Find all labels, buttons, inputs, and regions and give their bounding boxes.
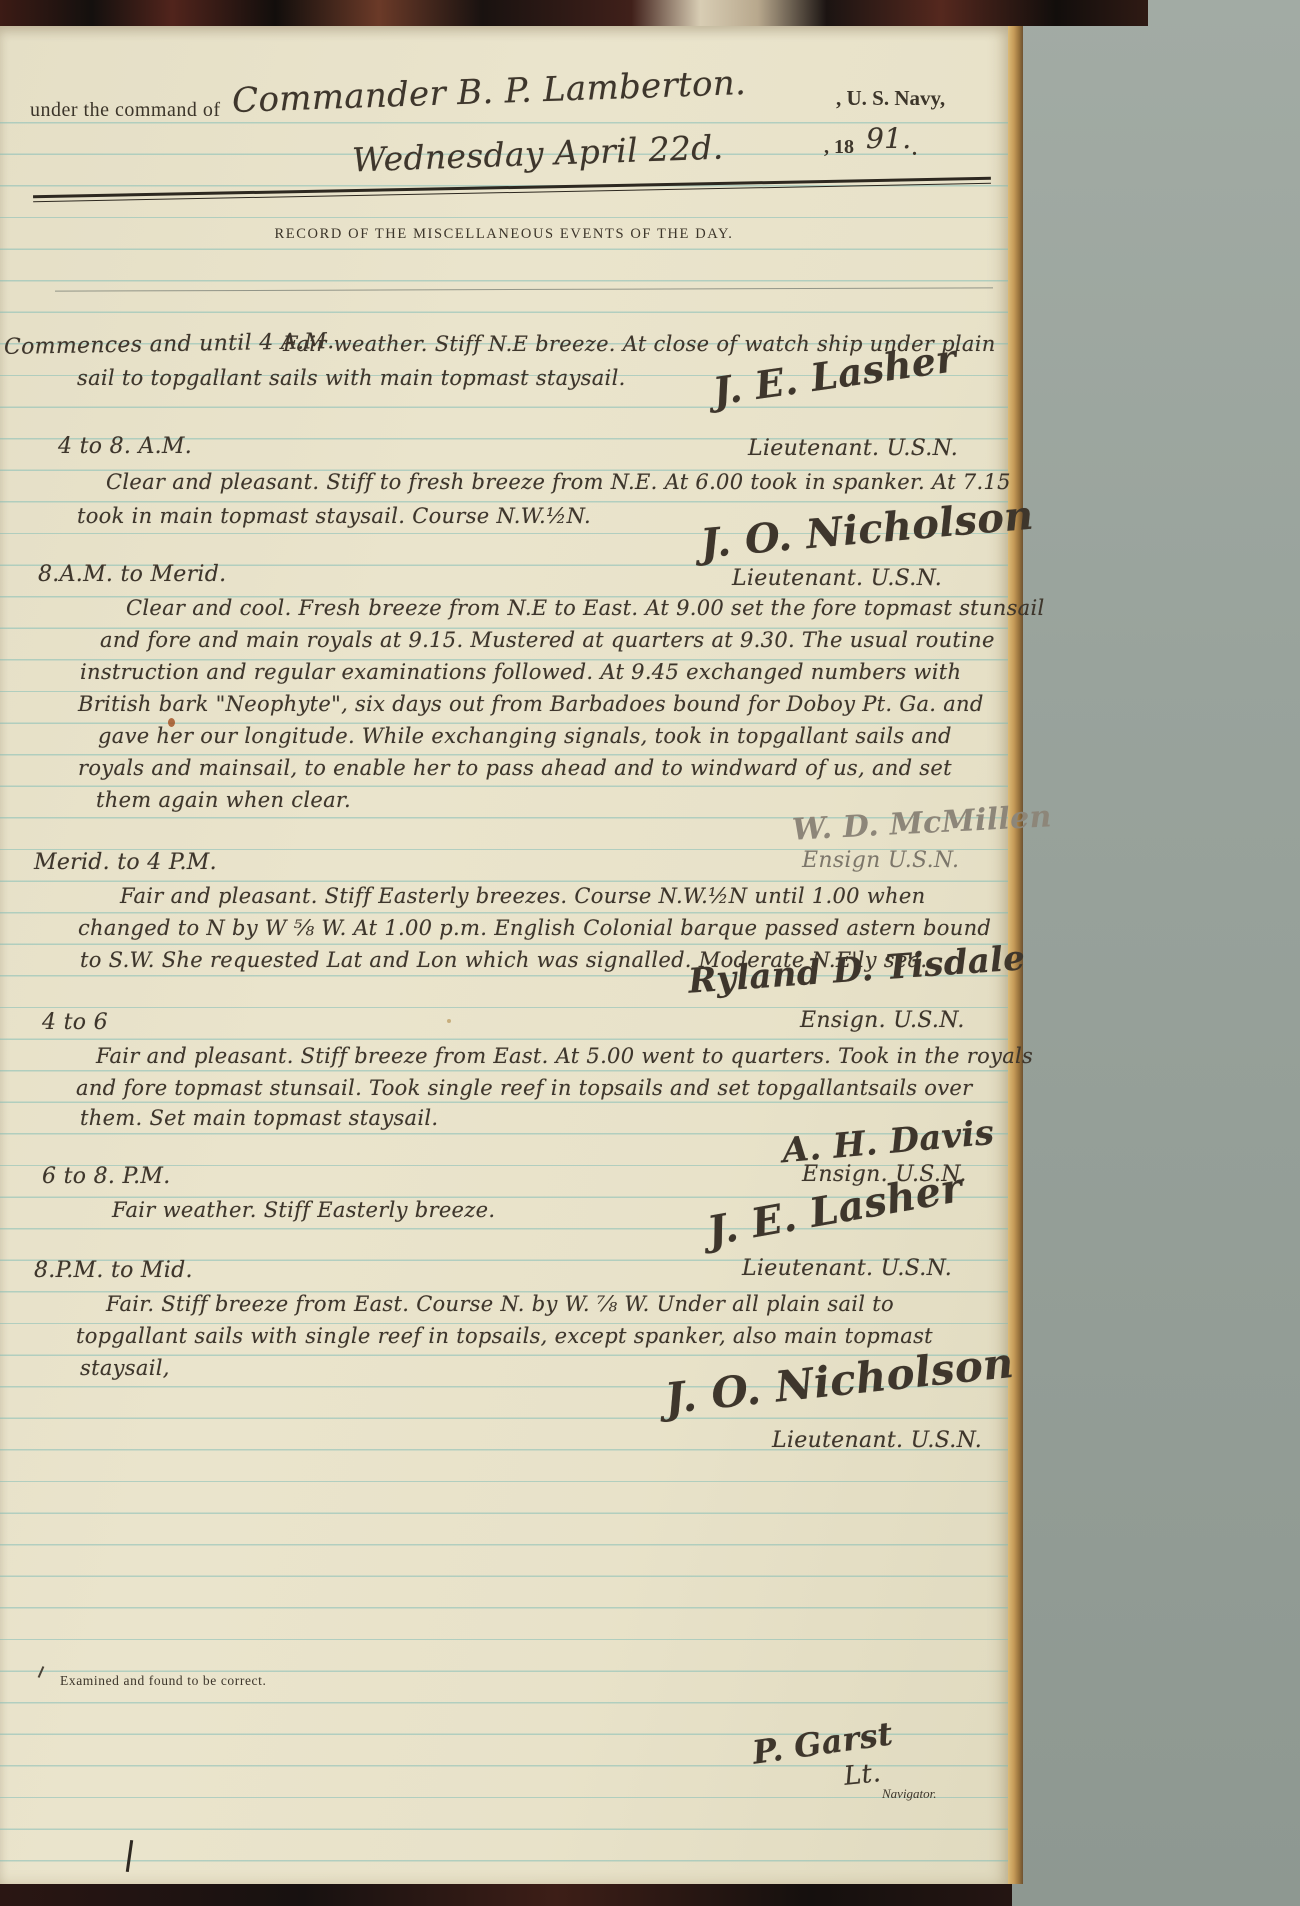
log-line: Clear and cool. Fresh breeze from N.E to… xyxy=(126,596,1045,620)
watch-time-label: 4 to 8. A.M. xyxy=(58,434,192,459)
log-line: them again when clear. xyxy=(96,788,351,812)
log-line: Fair weather. Stiff Easterly breeze. xyxy=(112,1198,495,1222)
watch-time-label: Merid. to 4 P.M. xyxy=(34,850,217,875)
log-line: them. Set main topmast staysail. xyxy=(80,1106,438,1130)
log-line: Fair and pleasant. Stiff Easterly breeze… xyxy=(120,884,925,908)
watch-time-label: 8.A.M. to Merid. xyxy=(38,562,226,587)
navy-label-printed: , U. S. Navy, xyxy=(836,86,945,111)
watch-time-label: 4 to 6 xyxy=(42,1010,108,1035)
officer-rank: Lieutenant. U.S.N. xyxy=(732,566,942,591)
record-caption: RECORD OF THE MISCELLANEOUS EVENTS OF TH… xyxy=(0,226,1008,243)
log-line: instruction and regular examinations fol… xyxy=(80,660,961,684)
examined-note-printed: Examined and found to be correct. xyxy=(60,1673,266,1689)
log-line: gave her our longitude. While exchanging… xyxy=(98,724,952,748)
officer-rank: Ensign. U.S.N. xyxy=(800,1008,965,1033)
logbook-page-scan: under the command of Commander B. P. Lam… xyxy=(0,0,1300,1906)
log-line: and fore and main royals at 9.15. Muster… xyxy=(100,628,995,652)
log-line: topgallant sails with single reef in top… xyxy=(76,1324,933,1348)
watch-time-label: 8.P.M. to Mid. xyxy=(34,1258,193,1283)
navigator-label-printed: Navigator. xyxy=(882,1786,937,1802)
paper-speck xyxy=(447,1019,451,1023)
binding-bottom-marbled xyxy=(0,1884,1012,1906)
log-line: British bark "Neophyte", six days out fr… xyxy=(78,692,984,716)
officer-rank: Ensign U.S.N. xyxy=(802,848,959,873)
binding-top-marbled xyxy=(0,0,1148,26)
officer-rank: Lieutenant. U.S.N. xyxy=(748,436,958,461)
rust-stain xyxy=(168,718,175,727)
log-line: took in main topmast staysail. Course N.… xyxy=(77,504,591,528)
year-prefix-printed: , 18 xyxy=(824,136,854,159)
log-line: Fair and pleasant. Stiff breeze from Eas… xyxy=(96,1044,1033,1068)
year-handwritten: 91. xyxy=(866,122,911,155)
log-line: staysail, xyxy=(80,1356,170,1380)
command-prefix-printed: under the command of xyxy=(30,99,221,122)
log-line: sail to topgallant sails with main topma… xyxy=(77,366,626,390)
log-line: royals and mainsail, to enable her to pa… xyxy=(78,756,952,780)
log-line: Fair. Stiff breeze from East. Course N. … xyxy=(106,1292,894,1316)
navigator-rank-handwritten: Lt. xyxy=(843,1758,883,1792)
officer-rank: Lieutenant. U.S.N. xyxy=(742,1256,952,1281)
log-line: changed to N by W ⅝ W. At 1.00 p.m. Engl… xyxy=(78,916,991,940)
watch-time-label: 6 to 8. P.M. xyxy=(42,1164,171,1189)
log-line: Clear and pleasant. Stiff to fresh breez… xyxy=(106,470,1011,494)
year-trailing-dot: . xyxy=(912,138,917,161)
log-line: and fore topmast stunsail. Took single r… xyxy=(76,1076,972,1100)
officer-rank: Lieutenant. U.S.N. xyxy=(772,1428,982,1453)
